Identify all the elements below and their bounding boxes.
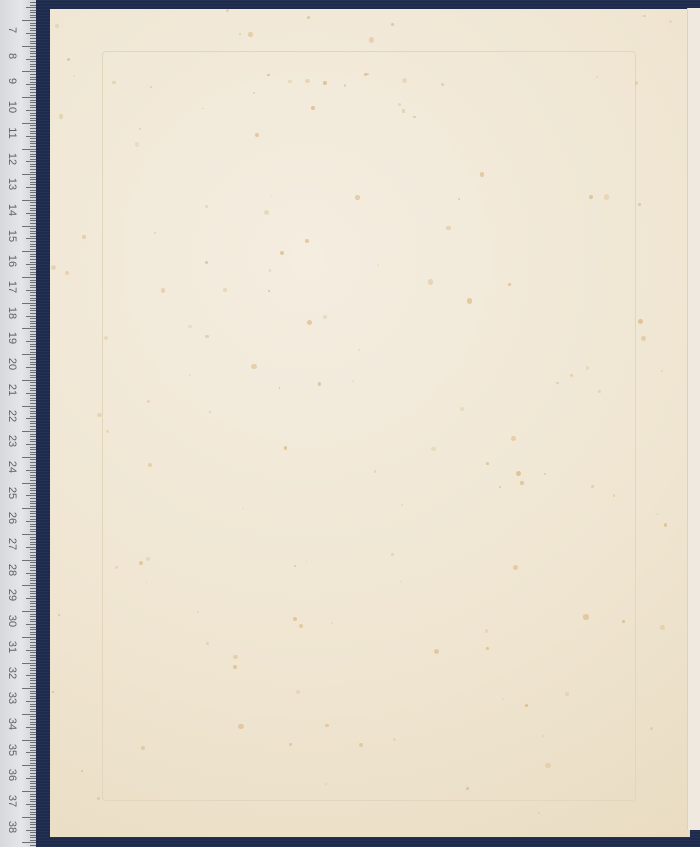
ruler-tick (26, 804, 36, 805)
ruler-tick (26, 470, 36, 471)
ruler-tick (22, 303, 36, 304)
ruler-label: 12 (6, 149, 18, 169)
foxing-spot (296, 690, 300, 694)
ruler-tick (26, 238, 36, 239)
ruler-tick (22, 483, 36, 484)
foxing-spot (67, 58, 70, 61)
ruler-tick (22, 97, 36, 98)
foxing-spot (299, 624, 303, 628)
foxing-spot (255, 133, 259, 137)
ruler-label: 25 (6, 483, 18, 503)
foxing-spot (480, 172, 485, 177)
foxing-spot (264, 210, 269, 215)
ruler-tick (26, 675, 36, 676)
foxing-spot (511, 436, 516, 441)
foxing-spot (398, 103, 401, 106)
foxing-spot (150, 86, 152, 88)
ruler-tick (26, 624, 36, 625)
foxing-spot (81, 770, 83, 772)
plate-mark-border (102, 51, 636, 801)
foxing-spot (596, 76, 598, 78)
ruler-label: 17 (6, 277, 18, 297)
foxing-spot (516, 471, 521, 476)
foxing-spot (485, 629, 488, 632)
foxing-spot (284, 446, 287, 449)
foxing-spot (289, 743, 292, 746)
foxing-spot (525, 704, 528, 707)
ruler-label: 26 (6, 508, 18, 528)
ruler-tick (26, 547, 36, 548)
foxing-spot (460, 407, 464, 411)
ruler-tick (26, 727, 36, 728)
foxing-spot (58, 614, 60, 616)
foxing-spot (161, 288, 166, 293)
foxing-spot (293, 617, 297, 621)
ruler-tick (22, 380, 36, 381)
foxing-spot (565, 692, 569, 696)
foxing-spot (638, 203, 640, 205)
foxing-spot (311, 106, 315, 110)
foxing-spot (115, 566, 118, 569)
foxing-spot (369, 37, 374, 42)
ruler-tick (22, 842, 36, 843)
ruler-tick (26, 778, 36, 779)
ruler-tick (22, 817, 36, 818)
ruler-tick (22, 123, 36, 124)
ruler-tick (26, 341, 36, 342)
ruler-label: 34 (6, 714, 18, 734)
ruler-tick (26, 290, 36, 291)
ruler-label: 11 (6, 123, 18, 143)
ruler-tick (22, 354, 36, 355)
ruler-label: 33 (6, 688, 18, 708)
ruler-tick (26, 59, 36, 60)
foxing-spot (97, 413, 101, 417)
ruler-label: 7 (6, 20, 18, 40)
ruler-label: 21 (6, 380, 18, 400)
ruler-tick (22, 20, 36, 21)
ruler-label: 23 (6, 431, 18, 451)
foxing-spot (669, 20, 672, 23)
foxing-spot (643, 15, 646, 18)
ruler-label: 38 (6, 817, 18, 837)
foxing-spot (458, 198, 460, 200)
ruler-label: 27 (6, 534, 18, 554)
ruler-label: 37 (6, 791, 18, 811)
foxing-spot (446, 226, 450, 230)
book-page (50, 9, 690, 837)
ruler-tick (26, 701, 36, 702)
ruler-tick (22, 251, 36, 252)
foxing-spot (428, 279, 433, 284)
foxing-spot (55, 24, 59, 28)
ruler-label: 19 (6, 328, 18, 348)
ruler-label: 10 (6, 97, 18, 117)
foxing-spot (583, 614, 588, 619)
ruler-label: 9 (6, 71, 18, 91)
ruler-label: 30 (6, 611, 18, 631)
ruler-tick (22, 431, 36, 432)
ruler-tick (26, 521, 36, 522)
foxing-spot (209, 411, 211, 413)
ruler-tick (22, 714, 36, 715)
ruler-tick (22, 534, 36, 535)
ruler-tick (26, 752, 36, 753)
ruler-tick (22, 457, 36, 458)
ruler-label: 18 (6, 303, 18, 323)
ruler-tick (22, 277, 36, 278)
ruler-tick (22, 328, 36, 329)
foxing-spot (486, 462, 489, 465)
foxing-spot (189, 374, 191, 376)
foxing-spot (106, 430, 109, 433)
foxing-spot (97, 797, 100, 800)
foxing-spot (586, 366, 589, 369)
foxing-spot (660, 625, 665, 630)
foxing-spot (542, 735, 544, 737)
foxing-spot (538, 812, 540, 814)
foxing-spot (431, 447, 436, 452)
ruler-tick (22, 46, 36, 47)
foxing-spot (59, 114, 63, 118)
foxing-spot (112, 81, 116, 85)
foxing-spot (82, 235, 85, 238)
ruler-tick (22, 226, 36, 227)
foxing-spot (325, 724, 329, 728)
foxing-spot (305, 239, 309, 243)
ruler-tick (22, 637, 36, 638)
foxing-spot (374, 470, 376, 472)
foxing-spot (598, 390, 600, 392)
ruler-tick (22, 200, 36, 201)
foxing-spot (141, 746, 145, 750)
foxing-spot (635, 81, 639, 85)
ruler-tick (22, 791, 36, 792)
foxing-spot (239, 33, 241, 35)
ruler-label: 35 (6, 740, 18, 760)
foxing-spot (139, 561, 143, 565)
foxing-spot (233, 665, 237, 669)
foxing-spot (223, 288, 227, 292)
ruler-tick (22, 765, 36, 766)
ruler-label: 14 (6, 200, 18, 220)
measuring-ruler: 7891011121314151617181920212223242526272… (0, 0, 36, 847)
ruler-tick (26, 213, 36, 214)
ruler-label: 13 (6, 174, 18, 194)
ruler-tick (26, 316, 36, 317)
foxing-spot (307, 16, 310, 19)
foxing-spot (139, 128, 141, 130)
ruler-tick (22, 71, 36, 72)
ruler-label: 36 (6, 765, 18, 785)
foxing-spot (520, 481, 524, 485)
ruler-tick (26, 187, 36, 188)
foxing-spot (650, 727, 653, 730)
foxing-spot (358, 349, 360, 351)
foxing-spot (52, 691, 54, 693)
next-page-edge (687, 8, 700, 830)
foxing-spot (242, 508, 244, 510)
foxing-spot (441, 83, 444, 86)
ruler-tick (26, 367, 36, 368)
foxing-spot (352, 380, 354, 382)
ruler-label: 22 (6, 406, 18, 426)
foxing-spot (188, 325, 191, 328)
foxing-spot (307, 320, 312, 325)
ruler-tick (26, 110, 36, 111)
foxing-spot (269, 269, 272, 272)
foxing-spot (280, 251, 284, 255)
ruler-tick (26, 84, 36, 85)
ruler-tick (22, 688, 36, 689)
foxing-spot (248, 32, 252, 36)
ruler-tick (26, 264, 36, 265)
ruler-tick (26, 598, 36, 599)
foxing-spot (251, 364, 256, 369)
ruler-label: 20 (6, 354, 18, 374)
ruler-tick (22, 149, 36, 150)
ruler-tick (26, 7, 36, 8)
ruler-tick (26, 161, 36, 162)
foxing-spot (226, 9, 229, 12)
foxing-spot (638, 319, 643, 324)
ruler-tick (22, 560, 36, 561)
ruler-tick (26, 495, 36, 496)
ruler-tick (22, 406, 36, 407)
ruler-label: 15 (6, 226, 18, 246)
foxing-spot (104, 336, 108, 340)
ruler-tick (22, 174, 36, 175)
ruler-tick (26, 650, 36, 651)
ruler-tick (26, 33, 36, 34)
ruler-tick (22, 508, 36, 509)
ruler-label: 24 (6, 457, 18, 477)
ruler-label: 29 (6, 585, 18, 605)
ruler-label: 32 (6, 663, 18, 683)
ruler-tick (26, 573, 36, 574)
foxing-spot (268, 290, 270, 292)
ruler-tick (22, 740, 36, 741)
ruler-tick (22, 663, 36, 664)
foxing-spot (661, 370, 663, 372)
foxing-spot (544, 473, 546, 475)
ruler-tick (26, 418, 36, 419)
foxing-spot (664, 523, 668, 527)
ruler-tick (26, 444, 36, 445)
ruler-tick (26, 393, 36, 394)
ruler-tick (22, 585, 36, 586)
ruler-tick (26, 830, 36, 831)
foxing-spot (467, 298, 472, 303)
foxing-spot (205, 335, 208, 338)
foxing-spot (622, 620, 625, 623)
foxing-spot (391, 23, 394, 26)
ruler-label: 31 (6, 637, 18, 657)
foxing-spot (233, 655, 237, 659)
ruler-tick (22, 611, 36, 612)
ruler-label: 16 (6, 251, 18, 271)
foxing-spot (323, 315, 326, 318)
ruler-label: 28 (6, 560, 18, 580)
foxing-spot (499, 486, 501, 488)
ruler-tick (26, 136, 36, 137)
foxing-spot (657, 513, 659, 515)
foxing-spot (73, 75, 75, 77)
foxing-spot (51, 265, 56, 270)
ruler-label: 8 (6, 46, 18, 66)
foxing-spot (641, 336, 646, 341)
foxing-spot (355, 195, 359, 199)
foxing-spot (545, 763, 550, 768)
foxing-spot (65, 271, 69, 275)
